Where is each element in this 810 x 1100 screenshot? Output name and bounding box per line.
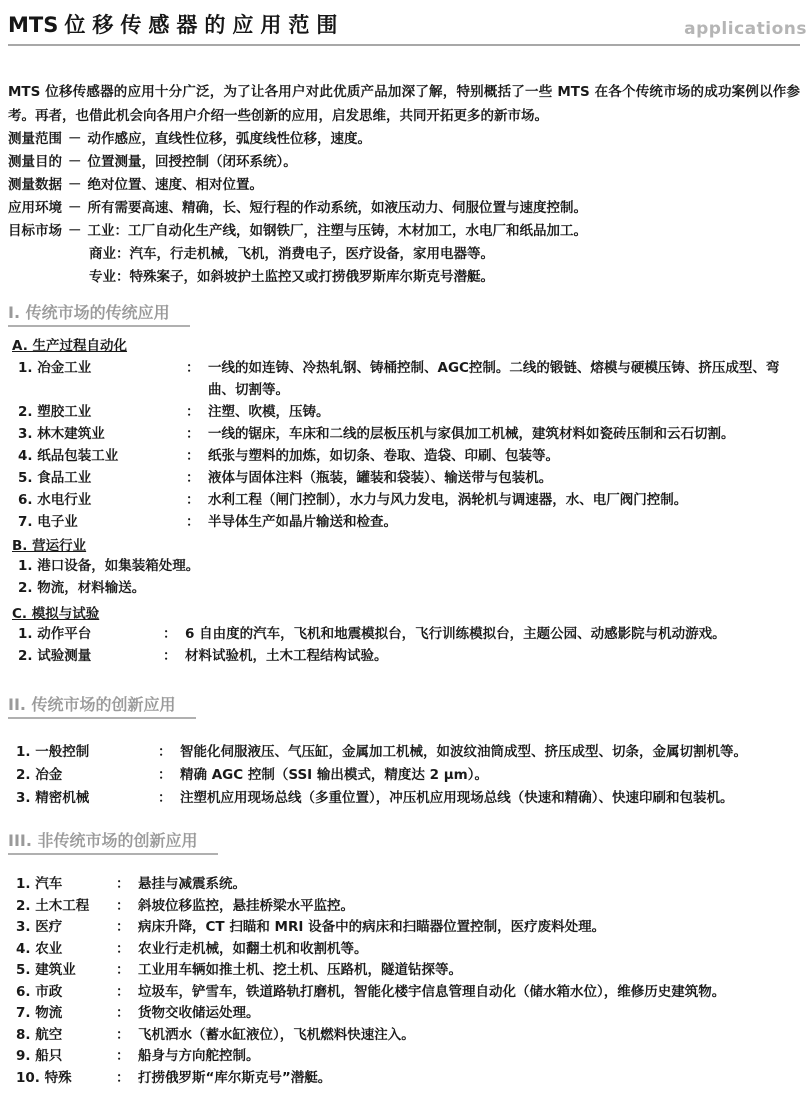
- item-text: 注塑机应用现场总线（多重位置），冲压机应用现场总线（快速和精确）、快速印刷和包装…: [180, 787, 800, 810]
- list-innovative: 1. 一般控制 ： 智能化伺服液压、气压缸，金属加工机械，如波纹油筒成型、挤压成…: [8, 741, 800, 810]
- list-item: 6. 水电行业 ： 水利工程（闸门控制），水力与风力发电，涡轮机与调速器，水、电…: [18, 489, 800, 511]
- item-text: 材料试验机，土木工程结构试验。: [185, 645, 800, 667]
- item-label: 2. 试验测量: [18, 645, 163, 667]
- item-text: 船身与方向舵控制。: [138, 1046, 800, 1068]
- item-colon: ：: [186, 467, 208, 489]
- item-text: 注塑、吹模，压铸。: [208, 401, 800, 423]
- list-operations: 1. 港口设备，如集装箱处理。 2. 物流，材料输送。: [8, 555, 800, 599]
- item-label: 2. 土木工程: [16, 896, 116, 918]
- list-item: 2. 试验测量 ： 材料试验机，土木工程结构试验。: [18, 645, 800, 667]
- list-item: 7. 物流 ： 货物交收储运处理。: [16, 1003, 800, 1025]
- item-colon: ：: [116, 1003, 138, 1025]
- page-title: MTS位移传感器的应用范围: [8, 9, 344, 39]
- section-nontraditional: III. 非传统市场的创新应用 1. 汽车 ： 悬挂与减震系统。 2. 土木工程…: [8, 810, 800, 1089]
- item-colon: ：: [186, 489, 208, 511]
- item-label: 3. 林木建筑业: [18, 423, 186, 445]
- item-label: 1. 一般控制: [16, 741, 158, 764]
- item-text: 斜坡位移监控，悬挂桥梁水平监控。: [138, 896, 800, 918]
- overview-separator: －: [62, 220, 88, 243]
- overview-text: 绝对位置、速度、相对位置。: [88, 174, 801, 197]
- item-label: 7. 物流: [16, 1003, 116, 1025]
- list-item: 4. 纸品包装工业 ： 纸张与塑料的加炼，如切条、卷取、造袋、印刷、包装等。: [18, 445, 800, 467]
- list-item: 9. 船只 ： 船身与方向舵控制。: [16, 1046, 800, 1068]
- item-label: 5. 食品工业: [18, 467, 186, 489]
- item-text: 农业行走机械，如翻土机和收割机等。: [138, 939, 800, 961]
- item-text: 一线的锯床，车床和二线的层板压机与家俱加工机械，建筑材料如瓷砖压制和云石切割。: [208, 423, 800, 445]
- overview-label: 应用环境: [8, 197, 62, 220]
- section-heading: III. 非传统市场的创新应用: [8, 831, 218, 855]
- overview-separator: －: [62, 174, 88, 197]
- item-text: 液体与固体注料（瓶装，罐装和袋装）、输送带与包装机。: [208, 467, 800, 489]
- item-label: 6. 市政: [16, 982, 116, 1004]
- item-label: 8. 航空: [16, 1025, 116, 1047]
- section-innovative-traditional: II. 传统市场的创新应用 1. 一般控制 ： 智能化伺服液压、气压缸，金属加工…: [8, 667, 800, 810]
- item-text: 智能化伺服液压、气压缸，金属加工机械，如波纹油筒成型、挤压成型、切条，金属切割机…: [180, 741, 800, 764]
- item-label: 3. 精密机械: [16, 787, 158, 810]
- list-item: 2. 土木工程 ： 斜坡位移监控，悬挂桥梁水平监控。: [16, 896, 800, 918]
- item-colon: ：: [158, 764, 180, 787]
- item-colon: ：: [116, 1068, 138, 1090]
- item-text: 精确 AGC 控制（SSI 输出模式，精度达 2 μm）。: [180, 764, 800, 787]
- overview-label: 测量目的: [8, 151, 62, 174]
- overview-continuation: 专业：特殊案子，如斜坡护土监控又或打捞俄罗斯库尔斯克号潜艇。: [8, 266, 800, 289]
- item-label: 9. 船只: [16, 1046, 116, 1068]
- item-text: 半导体生产如晶片输送和检查。: [208, 511, 800, 533]
- overview-row: 测量范围 － 动作感应，直线性位移，弧度线性位移，速度。: [8, 128, 800, 151]
- overview-label: 测量范围: [8, 128, 62, 151]
- overview-row: 应用环境 － 所有需要高速、精确，长、短行程的作动系统，如液压动力、伺服位置与速…: [8, 197, 800, 220]
- list-item: 5. 建筑业 ： 工业用车辆如推土机、挖土机、压路机，隧道钻探等。: [16, 960, 800, 982]
- list-item: 10. 特殊 ： 打捞俄罗斯“库尔斯克号”潜艇。: [16, 1068, 800, 1090]
- item-text: 一线的如连铸、冷热轧钢、铸桶控制、AGC控制。二线的锻链、熔模与硬模压铸、挤压成…: [208, 357, 800, 401]
- item-colon: ：: [186, 511, 208, 533]
- page-header: MTS位移传感器的应用范围 applications: [8, 0, 800, 46]
- list-item: 1. 一般控制 ： 智能化伺服液压、气压缸，金属加工机械，如波纹油筒成型、挤压成…: [16, 741, 800, 764]
- page-title-zh: 位移传感器的应用范围: [64, 13, 344, 37]
- list-item: 3. 精密机械 ： 注塑机应用现场总线（多重位置），冲压机应用现场总线（快速和精…: [16, 787, 800, 810]
- item-text: 飞机洒水（蓄水缸液位），飞机燃料快速注入。: [138, 1025, 800, 1047]
- item-colon: ：: [186, 445, 208, 467]
- applications-watermark: applications: [684, 19, 807, 39]
- item-colon: ：: [116, 982, 138, 1004]
- item-text: 病床升降，CT 扫瞄和 MRI 设备中的病床和扫瞄器位置控制，医疗废料处理。: [138, 917, 800, 939]
- list-item: 1. 港口设备，如集装箱处理。: [18, 555, 800, 577]
- overview-text: 动作感应，直线性位移，弧度线性位移，速度。: [88, 128, 801, 151]
- list-simulation: 1. 动作平台 ： 6 自由度的汽车，飞机和地震模拟台，飞行训练模拟台，主题公园…: [8, 623, 800, 667]
- list-item: 2. 冶金 ： 精确 AGC 控制（SSI 输出模式，精度达 2 μm）。: [16, 764, 800, 787]
- item-label: 7. 电子业: [18, 511, 186, 533]
- list-item: 3. 林木建筑业 ： 一线的锯床，车床和二线的层板压机与家俱加工机械，建筑材料如…: [18, 423, 800, 445]
- subsection-heading: B. 营运行业: [12, 537, 800, 555]
- item-label: 6. 水电行业: [18, 489, 186, 511]
- overview-continuation: 商业：汽车，行走机械，飞机，消费电子，医疗设备，家用电器等。: [8, 243, 800, 266]
- overview-row: 测量目的 － 位置测量，回授控制（闭环系统）。: [8, 151, 800, 174]
- item-label: 1. 动作平台: [18, 623, 163, 645]
- list-item: 1. 汽车 ： 悬挂与减震系统。: [16, 874, 800, 896]
- item-text: 纸张与塑料的加炼，如切条、卷取、造袋、印刷、包装等。: [208, 445, 800, 467]
- list-item: 8. 航空 ： 飞机洒水（蓄水缸液位），飞机燃料快速注入。: [16, 1025, 800, 1047]
- item-colon: ：: [186, 401, 208, 423]
- list-item: 7. 电子业 ： 半导体生产如晶片输送和检查。: [18, 511, 800, 533]
- list-item: 2. 物流，材料输送。: [18, 577, 800, 599]
- item-colon: ：: [163, 645, 185, 667]
- item-colon: ：: [158, 741, 180, 764]
- item-text: 水利工程（闸门控制），水力与风力发电，涡轮机与调速器，水、电厂阀门控制。: [208, 489, 800, 511]
- item-text: 悬挂与减震系统。: [138, 874, 800, 896]
- item-text: 工业用车辆如推土机、挖土机、压路机，隧道钻探等。: [138, 960, 800, 982]
- item-text: 垃圾车，铲雪车，铁道路轨打磨机，智能化楼宇信息管理自动化（储水箱水位），维修历史…: [138, 982, 800, 1004]
- overview-label: 目标市场: [8, 220, 62, 243]
- item-colon: ：: [163, 623, 185, 645]
- item-label: 4. 纸品包装工业: [18, 445, 186, 467]
- item-label: 2. 塑胶工业: [18, 401, 186, 423]
- item-colon: ：: [186, 357, 208, 401]
- overview-row: 目标市场 － 工业：工厂自动化生产线，如钢铁厂，注塑与压铸，木材加工，水电厂和纸…: [8, 220, 800, 243]
- subsection-heading: A. 生产过程自动化: [12, 337, 800, 355]
- overview-separator: －: [62, 151, 88, 174]
- list-item: 2. 塑胶工业 ： 注塑、吹模，压铸。: [18, 401, 800, 423]
- item-label: 1. 汽车: [16, 874, 116, 896]
- item-colon: ：: [116, 896, 138, 918]
- section-heading: II. 传统市场的创新应用: [8, 695, 196, 719]
- overview-text: 工业：工厂自动化生产线，如钢铁厂，注塑与压铸，木材加工，水电厂和纸品加工。: [88, 220, 801, 243]
- item-label: 1. 冶金工业: [18, 357, 186, 401]
- section-heading: I. 传统市场的传统应用: [8, 303, 190, 327]
- item-label: 3. 医疗: [16, 917, 116, 939]
- intro-paragraph: MTS 位移传感器的应用十分广泛，为了让各用户对此优质产品加深了解，特别概括了一…: [8, 80, 800, 128]
- item-text: 打捞俄罗斯“库尔斯克号”潜艇。: [138, 1068, 800, 1090]
- item-colon: ：: [116, 917, 138, 939]
- overview-row: 测量数据 － 绝对位置、速度、相对位置。: [8, 174, 800, 197]
- item-colon: ：: [116, 1025, 138, 1047]
- item-label: 5. 建筑业: [16, 960, 116, 982]
- list-nontraditional: 1. 汽车 ： 悬挂与减震系统。 2. 土木工程 ： 斜坡位移监控，悬挂桥梁水平…: [8, 874, 800, 1089]
- section-traditional: I. 传统市场的传统应用 A. 生产过程自动化 1. 冶金工业 ： 一线的如连铸…: [8, 289, 800, 667]
- item-colon: ：: [116, 1046, 138, 1068]
- list-item: 4. 农业 ： 农业行走机械，如翻土机和收割机等。: [16, 939, 800, 961]
- list-item: 1. 冶金工业 ： 一线的如连铸、冷热轧钢、铸桶控制、AGC控制。二线的锻链、熔…: [18, 357, 800, 401]
- item-label: 4. 农业: [16, 939, 116, 961]
- item-colon: ：: [116, 939, 138, 961]
- document-page: MTS位移传感器的应用范围 applications MTS 位移传感器的应用十…: [0, 0, 810, 1100]
- overview-text: 位置测量，回授控制（闭环系统）。: [88, 151, 801, 174]
- item-text: 货物交收储运处理。: [138, 1003, 800, 1025]
- item-colon: ：: [116, 874, 138, 896]
- list-item: 1. 动作平台 ： 6 自由度的汽车，飞机和地震模拟台，飞行训练模拟台，主题公园…: [18, 623, 800, 645]
- list-item: 5. 食品工业 ： 液体与固体注料（瓶装，罐装和袋装）、输送带与包装机。: [18, 467, 800, 489]
- overview-label: 测量数据: [8, 174, 62, 197]
- overview-block: 测量范围 － 动作感应，直线性位移，弧度线性位移，速度。 测量目的 － 位置测量…: [8, 128, 800, 289]
- subsection-heading: C. 模拟与试验: [12, 605, 800, 623]
- overview-text: 所有需要高速、精确，长、短行程的作动系统，如液压动力、伺服位置与速度控制。: [88, 197, 801, 220]
- list-item: 3. 医疗 ： 病床升降，CT 扫瞄和 MRI 设备中的病床和扫瞄器位置控制，医…: [16, 917, 800, 939]
- page-title-en: MTS: [8, 13, 58, 37]
- overview-separator: －: [62, 197, 88, 220]
- overview-separator: －: [62, 128, 88, 151]
- item-colon: ：: [158, 787, 180, 810]
- item-label: 2. 冶金: [16, 764, 158, 787]
- item-label: 10. 特殊: [16, 1068, 116, 1090]
- item-colon: ：: [116, 960, 138, 982]
- list-production: 1. 冶金工业 ： 一线的如连铸、冷热轧钢、铸桶控制、AGC控制。二线的锻链、熔…: [8, 357, 800, 533]
- item-text: 6 自由度的汽车，飞机和地震模拟台，飞行训练模拟台，主题公园、动感影院与机动游戏…: [185, 623, 800, 645]
- list-item: 6. 市政 ： 垃圾车，铲雪车，铁道路轨打磨机，智能化楼宇信息管理自动化（储水箱…: [16, 982, 800, 1004]
- item-colon: ：: [186, 423, 208, 445]
